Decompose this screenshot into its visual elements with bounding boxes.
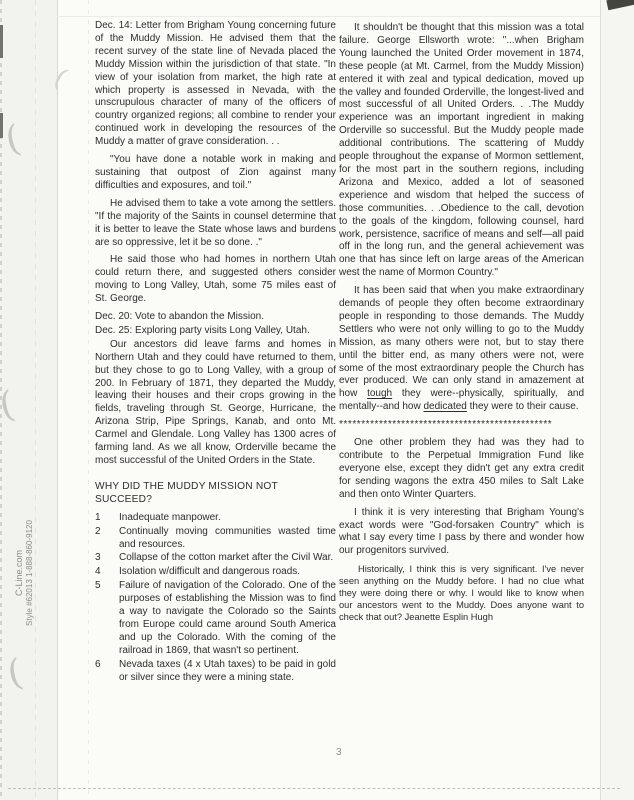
list-item-reason: 6 Nevada taxes (4 x Utah taxes) to be pa…: [95, 659, 336, 685]
sleeve-edge-line: [57, 0, 58, 800]
reason-text: Nevada taxes (4 x Utah taxes) to be paid…: [119, 659, 336, 685]
cline-brand-text: C-Line.com: [14, 496, 25, 650]
line-dec20-vote: Dec. 20: Vote to abandon the Mission.: [95, 311, 336, 324]
list-item-reason: 4 Isolation w/difficult and dangerous ro…: [95, 566, 336, 579]
paragraph-ancestors-long-valley: Our ancestors did leave farms and homes …: [95, 339, 336, 468]
paragraph-perpetual-immigration-fund: One other problem they had was they had …: [339, 437, 584, 502]
reason-text: Failure of navigation of the Colorado. O…: [119, 580, 336, 657]
reason-text: Isolation w/difficult and dangerous road…: [119, 566, 336, 579]
list-item-reason: 2 Continually moving communities wasted …: [95, 526, 336, 552]
paragraph-historically-note: Historically, I think this is very signi…: [339, 563, 584, 623]
extraordinary-text-part: It has been said that when you make extr…: [339, 285, 584, 399]
reason-text: Continually moving communities wasted ti…: [119, 526, 336, 552]
right-column: It shouldn't be thought that this missio…: [339, 22, 584, 628]
reason-number: 3: [95, 552, 119, 565]
section-heading-why-not-succeed: WHY DID THE MUDDY MISSION NOT SUCCEED?: [95, 481, 336, 507]
reasons-list: 1 Inadequate manpower. 2 Continually mov…: [95, 512, 336, 685]
page-edge-dotted-line: [88, 0, 89, 800]
list-item-reason: 3 Collapse of the cotton market after th…: [95, 552, 336, 565]
paragraph-god-forsaken: I think it is very interesting that Brig…: [339, 507, 584, 559]
paragraph-dec14-letter: Dec. 14: Letter from Brigham Young conce…: [95, 20, 336, 149]
extraordinary-text-part: they were to their cause.: [467, 401, 579, 412]
reason-number: 6: [95, 659, 119, 685]
paragraph-not-total-failure: It shouldn't be thought that this missio…: [339, 22, 584, 280]
sleeve-right-edge-line: [600, 0, 601, 800]
sleeve-right-strip: [600, 0, 634, 800]
paragraph-vote-advice: He advised them to take a vote among the…: [95, 198, 336, 250]
paragraph-extraordinary-people: It has been said that when you make extr…: [339, 285, 584, 414]
list-item-reason: 5 Failure of navigation of the Colorado.…: [95, 580, 336, 657]
paragraph-northern-utah-homes: He said those who had homes in northern …: [95, 254, 336, 306]
asterisk-divider: ****************************************…: [339, 419, 584, 432]
reason-number: 4: [95, 566, 119, 579]
left-column: Dec. 14: Letter from Brigham Young conce…: [95, 20, 336, 686]
page-number: 3: [336, 747, 342, 758]
list-item-reason: 1 Inadequate manpower.: [95, 512, 336, 525]
reason-number: 2: [95, 526, 119, 552]
underlined-word-dedicated: dedicated: [423, 401, 466, 412]
sleeve-brand-block: C-Line.com Style #62013 1-888-860-9120: [14, 496, 50, 650]
sleeve-inner-faint-line: [35, 0, 36, 800]
reason-number: 5: [95, 580, 119, 657]
reason-number: 1: [95, 512, 119, 525]
reason-text: Collapse of the cotton market after the …: [119, 552, 336, 565]
underlined-word-tough: tough: [367, 388, 392, 399]
cline-style-text: Style #62013 1-888-860-9120: [25, 496, 35, 650]
sleeve-bottom-dashed-edge: [8, 788, 620, 789]
reason-text: Inadequate manpower.: [119, 512, 336, 525]
paragraph-notable-work: "You have done a notable work in making …: [95, 154, 336, 193]
page-top-edge-line: [57, 16, 600, 17]
line-dec25-exploring: Dec. 25: Exploring party visits Long Val…: [95, 325, 336, 338]
scan-artifact-dash: [0, 25, 3, 58]
